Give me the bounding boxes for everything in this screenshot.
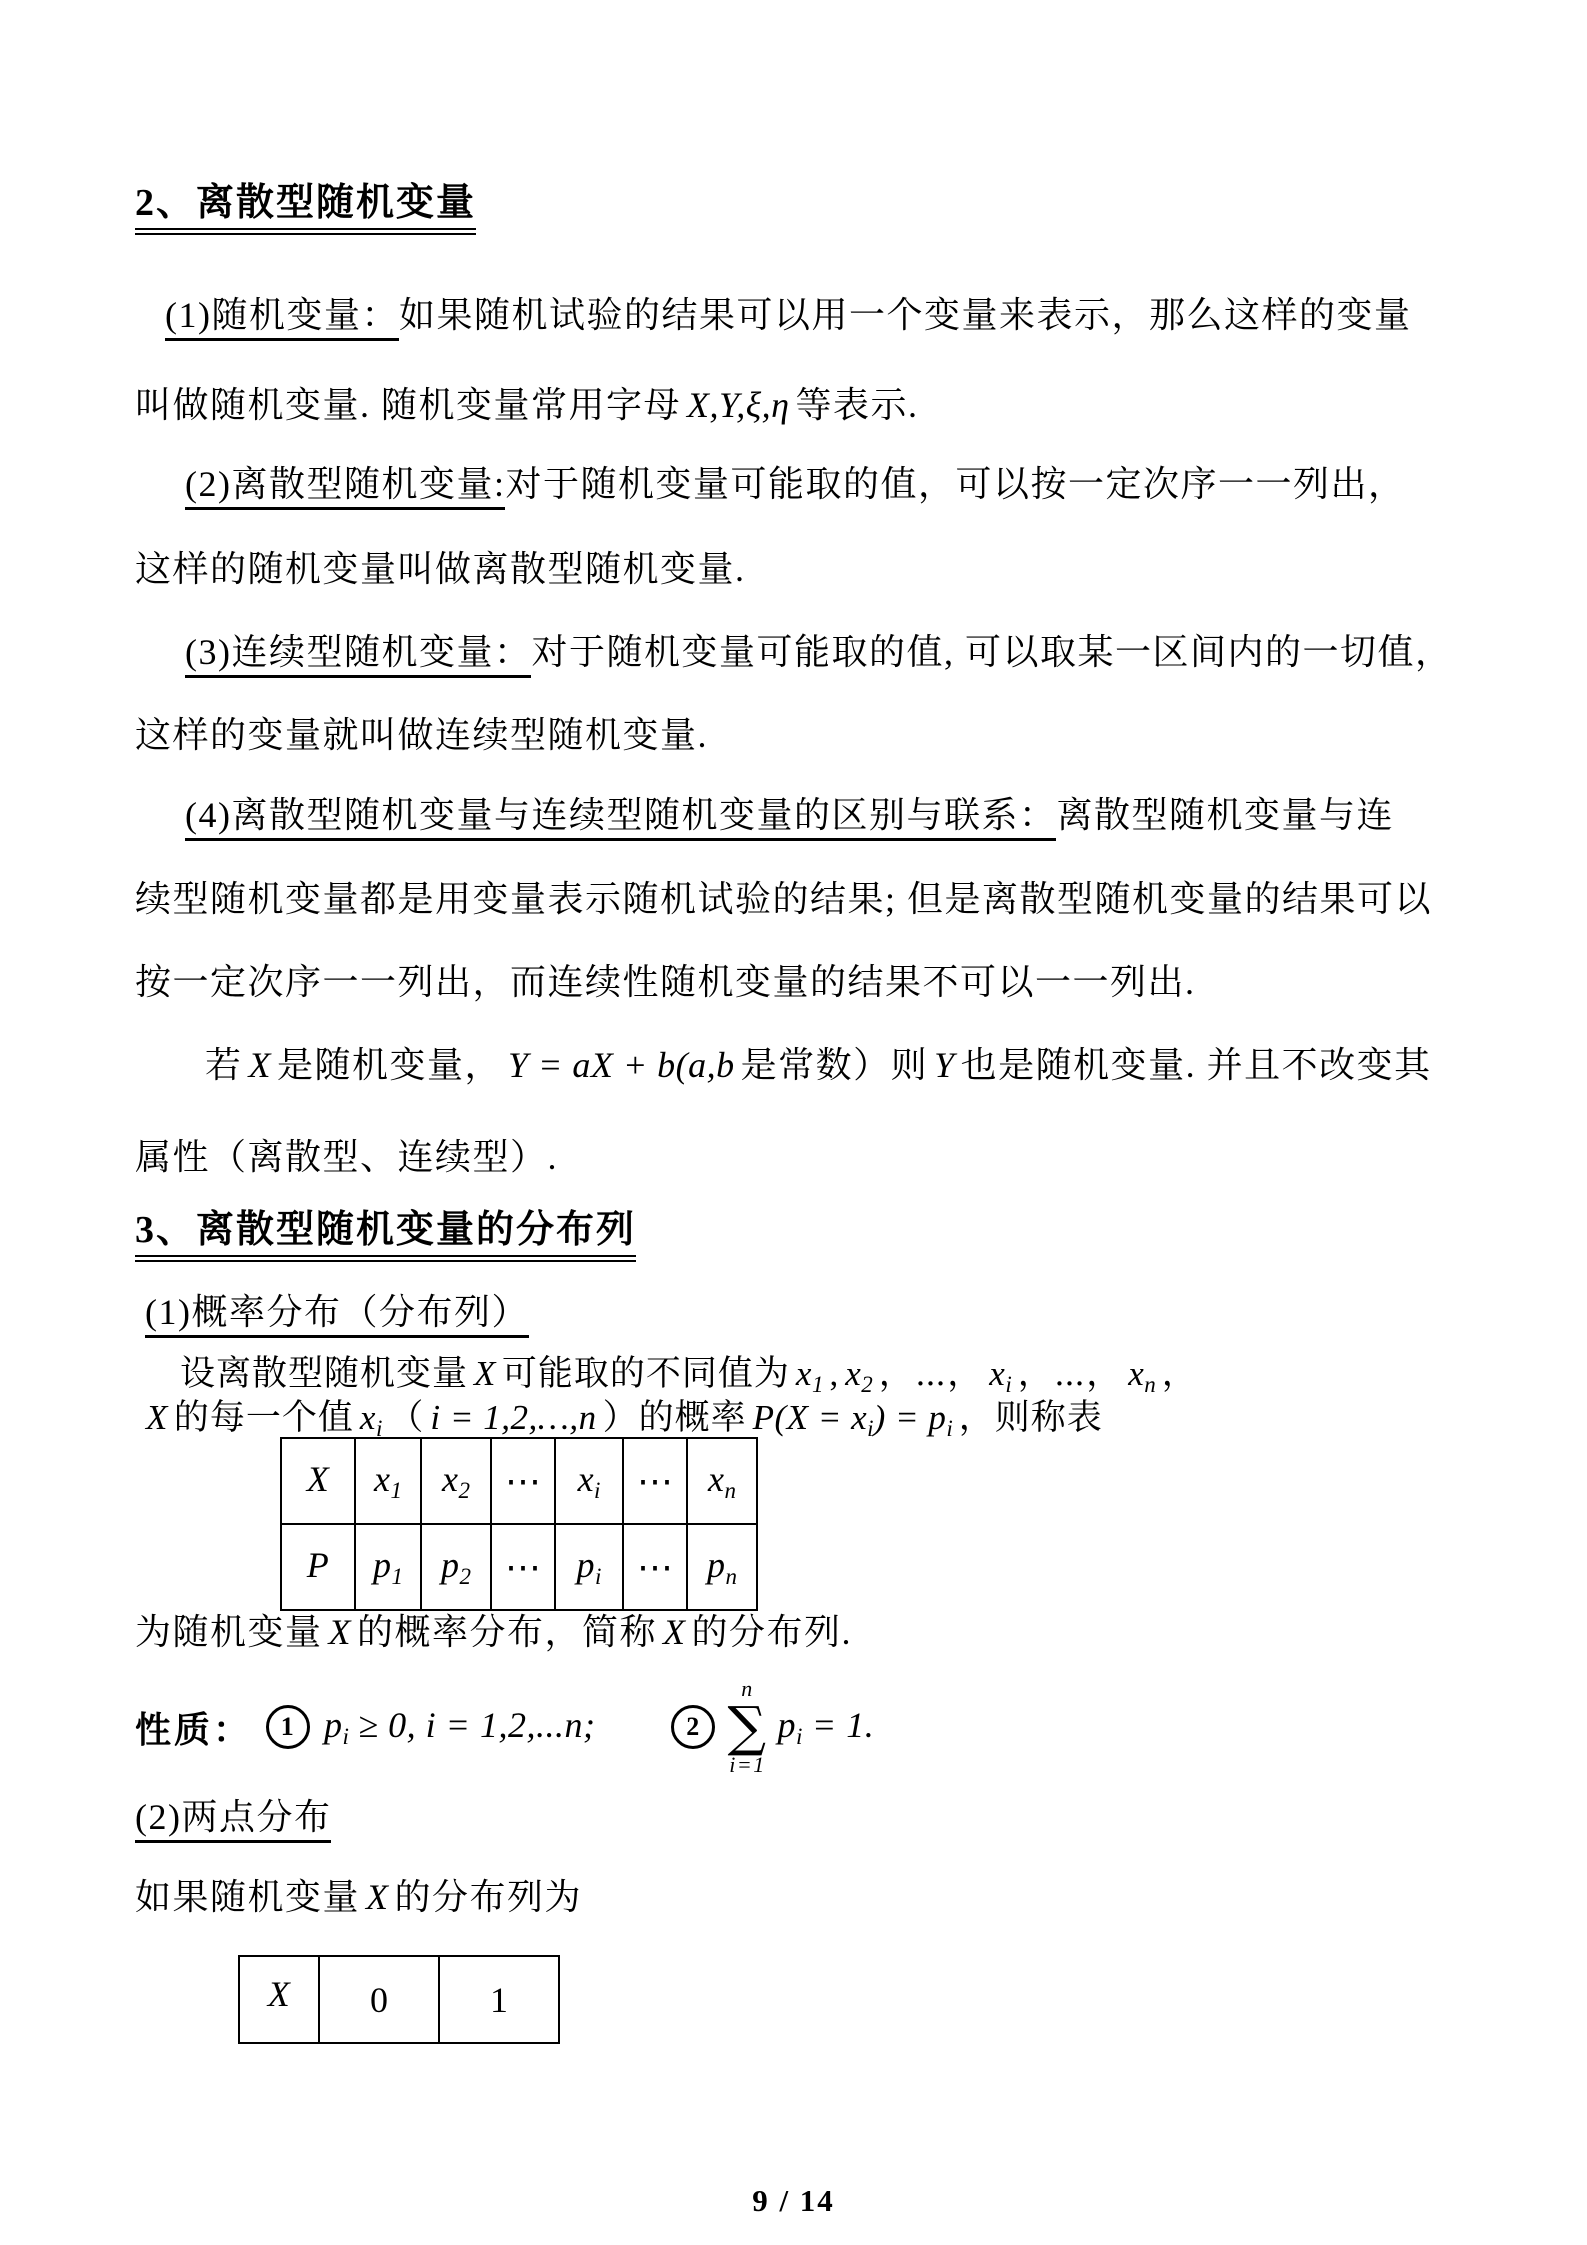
para-4-lead-underlined: (4)离散型随机变量与连续型随机变量的区别与联系： (185, 795, 1056, 841)
subsection-1-heading: (1)概率分布（分布列） (145, 1292, 529, 1338)
table-cell: 1 (439, 1956, 559, 2043)
math-base: X (307, 1459, 330, 1499)
para-1-text: 如果随机试验的结果可以用一个变量来表示，那么这样的变量 (399, 295, 1412, 335)
table-cell: pn (687, 1524, 757, 1610)
math-sum-equals-one: pi = 1. (778, 1704, 875, 1750)
para-8-text-c: 的分布列. (692, 1612, 853, 1652)
table-row-x: X x1 x2 ⋯ xi ⋯ xn (281, 1438, 757, 1524)
math-base: p (577, 1545, 596, 1585)
para-2-lead-underlined: (2)离散型随机变量: (185, 464, 505, 510)
para-8-text-b: 的概率分布，简称 (357, 1612, 657, 1652)
page-number: 9 / 14 (0, 2183, 1587, 2219)
ellipsis-cell: ⋯ (505, 1461, 541, 1501)
para-1-line-1: (1)随机变量：如果随机试验的结果可以用一个变量来表示，那么这样的变量 (165, 293, 1412, 338)
subsection-1-heading-line: (1)概率分布（分布列） (145, 1290, 529, 1335)
math-xi: xi (360, 1398, 382, 1437)
math-X: X (146, 1398, 168, 1437)
math-xi: xi (989, 1354, 1011, 1393)
para-5-line-2: 属性（离散型、连续型）. (135, 1135, 558, 1180)
para-3-line-2: 这样的变量就叫做连续型随机变量. (135, 713, 708, 758)
para-3-text: 对于随机变量可能取的值, 可以取某一区间内的一切值， (531, 632, 1452, 672)
math-pi: pi (577, 1545, 602, 1585)
math-subscript: 1 (392, 1564, 404, 1589)
circled-number-2: 2 (671, 1705, 715, 1749)
math-subscript: 1 (390, 1478, 402, 1503)
para-2-text: 对于随机变量可能取的值，可以按一定次序一一列出， (505, 464, 1405, 504)
para-5-text-d: 也是随机变量. 并且不改变其 (961, 1045, 1432, 1085)
document-page: 2、离散型随机变量 (1)随机变量：如果随机试验的结果可以用一个变量来表示，那么… (0, 0, 1587, 2245)
math-X: X (663, 1612, 686, 1652)
sigma-icon: ∑ (727, 1700, 767, 1754)
math-base: x (578, 1459, 594, 1499)
para-6-text-a: 设离散型随机变量 (180, 1354, 468, 1393)
math-subscript: 2 (861, 1372, 873, 1397)
table-cell: 0 (319, 1956, 439, 2043)
math-subscript: i (595, 1564, 601, 1589)
math-Y: Y (934, 1045, 955, 1085)
para-3-line-1: (3)连续型随机变量：对于随机变量可能取的值, 可以取某一区间内的一切值， (185, 630, 1453, 675)
properties-line: 性质： 1 pi ≥ 0, i = 1,2,...n; 2 n ∑ i=1 pi… (135, 1678, 880, 1776)
math-X: X (329, 1612, 352, 1652)
math-subscript: i (1005, 1372, 1011, 1397)
math-pn: pn (707, 1545, 737, 1585)
math-base: x (374, 1459, 390, 1499)
math-i-range: i = 1,2,…,n (430, 1398, 596, 1437)
table-row-x: X 0 1 (239, 1956, 559, 2043)
subsection-2-heading-line: (2)两点分布 (135, 1795, 331, 1840)
math-p1: p1 (373, 1545, 403, 1585)
para-4-line-1: (4)离散型随机变量与连续型随机变量的区别与联系：离散型随机变量与连 (185, 793, 1394, 838)
ellipsis: ，⋯， (1018, 1354, 1123, 1393)
math-P: P (307, 1545, 330, 1585)
summation-symbol: n ∑ i=1 (727, 1678, 767, 1776)
comma: , (829, 1354, 839, 1393)
math-x1: x1 (374, 1459, 402, 1499)
table-cell: P (281, 1524, 355, 1610)
para-7-text-d: ，则称表 (959, 1398, 1103, 1437)
para-3-lead-underlined: (3)连续型随机变量： (185, 632, 531, 678)
para-1-text-2: 叫做随机变量. 随机变量常用字母 (135, 385, 681, 425)
para-2-line-1: (2)离散型随机变量:对于随机变量可能取的值，可以按一定次序一一列出， (185, 462, 1406, 507)
para-1-lead-underlined: (1)随机变量： (165, 295, 399, 341)
para-6-line-1: 设离散型随机变量X可能取的不同值为x1,x2，⋯，xi，⋯，xn， (180, 1352, 1198, 1400)
para-6-text-b: 可能取的不同值为 (502, 1354, 790, 1393)
table-cell: ⋯ (623, 1438, 687, 1524)
math-x2: x2 (442, 1459, 470, 1499)
math-X: X (268, 1974, 291, 2014)
math-base: p (324, 1705, 343, 1745)
table-cell: x2 (421, 1438, 491, 1524)
math-base: x (1128, 1354, 1144, 1393)
para-1-text-3: 等表示. (796, 385, 919, 425)
para-9-text-b: 的分布列为 (395, 1877, 583, 1917)
value-1: 1 (490, 1980, 508, 2020)
para-9-text-a: 如果随机变量 (135, 1877, 360, 1917)
table-cell: p1 (355, 1524, 421, 1610)
table-cell: xi (555, 1438, 623, 1524)
table-row-p: P p1 p2 ⋯ pi ⋯ pn (281, 1524, 757, 1610)
math-base: x (442, 1459, 458, 1499)
two-point-table: X 0 1 (238, 1955, 560, 2044)
math-xn: xn (708, 1459, 736, 1499)
math-subscript: i (946, 1416, 952, 1441)
table-cell: ⋯ (491, 1438, 555, 1524)
para-1-line-2: 叫做随机变量. 随机变量常用字母X,Y,ξ,η等表示. (135, 383, 919, 428)
math-X: X (307, 1459, 330, 1499)
para-4-line-3: 按一定次序一一列出，而连续性随机变量的结果不可以一一列出. (135, 960, 1196, 1005)
circled-number-1: 1 (266, 1705, 310, 1749)
para-5-text-a: 若 (205, 1045, 243, 1085)
table-cell: p2 (421, 1524, 491, 1610)
math-subscript: n (726, 1564, 738, 1589)
ellipsis-cell: ⋯ (505, 1547, 541, 1587)
math-subscript: 2 (458, 1478, 470, 1503)
ellipsis: ，⋯， (879, 1354, 984, 1393)
sum-lower-limit: i=1 (729, 1754, 765, 1776)
table-cell: x1 (355, 1438, 421, 1524)
math-subscript: 2 (460, 1564, 472, 1589)
math-y-equals-ax-plus-b: Y = aX + b(a,b (508, 1045, 735, 1085)
table-cell: ⋯ (623, 1524, 687, 1610)
table-cell: ⋯ (491, 1524, 555, 1610)
math-base: P (307, 1545, 330, 1585)
para-8-line-1: 为随机变量X的概率分布，简称X的分布列. (135, 1610, 852, 1655)
math-rest: = 1. (802, 1705, 874, 1745)
properties-label: 性质： (135, 1702, 252, 1753)
subsection-2-heading: (2)两点分布 (135, 1797, 331, 1843)
para-4-text-2: 续型随机变量都是用变量表示随机试验的结果; 但是离散型随机变量的结果可以 (135, 879, 1432, 919)
para-2-text-2: 这样的随机变量叫做离散型随机变量. (135, 549, 746, 589)
math-base: p (778, 1705, 797, 1745)
math-base: P(X = x (753, 1398, 868, 1437)
para-4-text: 离散型随机变量与连 (1056, 795, 1394, 835)
math-x2: x2 (845, 1354, 873, 1393)
table-cell: pi (555, 1524, 623, 1610)
math-variable-letters: X,Y,ξ,η (687, 385, 789, 425)
math-xi: xi (578, 1459, 601, 1499)
math-base: x (708, 1459, 724, 1499)
math-base: x (360, 1398, 376, 1437)
math-base: x (796, 1354, 812, 1393)
para-8-text-a: 为随机变量 (135, 1612, 323, 1652)
math-base: x (845, 1354, 861, 1393)
section-2-heading-line: 2、离散型随机变量 (135, 180, 476, 228)
math-xn: xn (1128, 1354, 1156, 1393)
para-5-text-b: 是随机变量， (277, 1045, 502, 1085)
math-pi-nonneg: pi ≥ 0, i = 1,2,...n; (324, 1704, 595, 1750)
para-7-text-c: ）的概率 (603, 1398, 747, 1437)
section-3-heading-line: 3、离散型随机变量的分布列 (135, 1207, 636, 1255)
math-base: p (373, 1545, 392, 1585)
para-5-text-c: 是常数）则 (741, 1045, 929, 1085)
para-4-line-2: 续型随机变量都是用变量表示随机试验的结果; 但是离散型随机变量的结果可以 (135, 877, 1432, 922)
math-rest: ≥ 0, i = 1,2,...n; (349, 1705, 596, 1745)
math-X: X (249, 1045, 272, 1085)
math-base: ) = p (874, 1398, 947, 1437)
para-3-text-2: 这样的变量就叫做连续型随机变量. (135, 715, 708, 755)
math-base: p (707, 1545, 726, 1585)
math-p2: p2 (441, 1545, 471, 1585)
math-subscript: i (594, 1478, 600, 1503)
section-3-heading: 3、离散型随机变量的分布列 (135, 1209, 636, 1262)
para-4-text-3: 按一定次序一一列出，而连续性随机变量的结果不可以一一列出. (135, 962, 1196, 1002)
math-X: X (474, 1354, 496, 1393)
math-subscript: n (724, 1478, 736, 1503)
math-x1: x1 (796, 1354, 824, 1393)
table-cell: X (281, 1438, 355, 1524)
para-9-line-1: 如果随机变量X的分布列为 (135, 1875, 582, 1920)
para-2-line-2: 这样的随机变量叫做离散型随机变量. (135, 547, 746, 592)
ellipsis-cell: ⋯ (637, 1547, 673, 1587)
math-base: x (989, 1354, 1005, 1393)
para-7-paren-open: （ (388, 1398, 424, 1437)
ellipsis-cell: ⋯ (637, 1461, 673, 1501)
math-X: X (366, 1877, 389, 1917)
para-5-line-1: 若X是随机变量，Y = aX + b(a,b是常数）则Y也是随机变量. 并且不改… (205, 1043, 1432, 1088)
math-subscript: n (1144, 1372, 1156, 1397)
value-0: 0 (370, 1980, 388, 2020)
para-7-text-a: 的每一个值 (174, 1398, 354, 1437)
distribution-table: X x1 x2 ⋯ xi ⋯ xn P p1 p2 ⋯ pi ⋯ pn (280, 1437, 758, 1611)
math-base: p (441, 1545, 460, 1585)
math-probability-formula: P(X = xi) = pi (753, 1398, 953, 1437)
table-cell: X (239, 1956, 319, 2043)
comma-end: ， (1162, 1354, 1198, 1393)
section-2-heading: 2、离散型随机变量 (135, 182, 476, 235)
math-subscript: 1 (812, 1372, 824, 1397)
table-cell: xn (687, 1438, 757, 1524)
para-5-text-2: 属性（离散型、连续型）. (135, 1137, 558, 1177)
